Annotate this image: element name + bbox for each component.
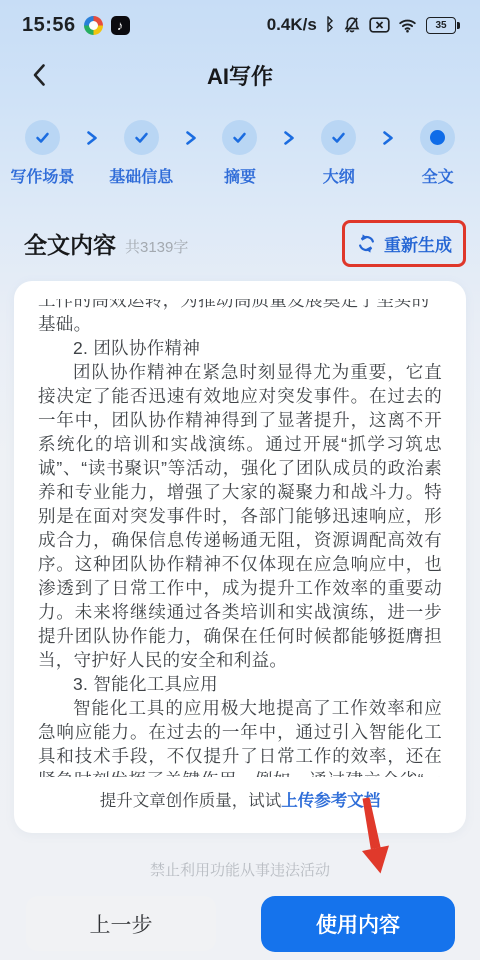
step-basic-info[interactable]: 基础信息 — [99, 120, 184, 187]
footer-actions: 上一步 使用内容 — [0, 896, 480, 952]
progress-stepper: 写作场景 基础信息 摘要 大纲 — [0, 120, 480, 208]
step-label: 全文 — [422, 164, 454, 187]
section-title: 全文内容 — [24, 227, 116, 260]
word-count: 共3139字 — [125, 231, 188, 257]
chevron-right-icon — [184, 131, 198, 145]
legal-disclaimer: 禁止利用功能从事违法活动 — [0, 859, 480, 880]
step-full-text[interactable]: 全文 — [395, 120, 480, 187]
header: AI写作 — [0, 46, 480, 104]
bell-muted-icon — [343, 16, 361, 34]
ai-writing-screen: 15:56 ♪ 0.4K/s ᛒ 3 — [0, 0, 480, 960]
pinwheel-app-icon — [84, 16, 103, 35]
step-done-icon — [25, 120, 60, 155]
full-text-card: 工作的高效运转，为推动高质量发展奠定了坚实的 基础。 2. 团队协作精神 团队协… — [14, 281, 466, 833]
page-title: AI写作 — [207, 60, 273, 91]
clipped-text-line: 工作的高效运转，为推动高质量发展奠定了坚实的 — [38, 299, 442, 312]
step-label: 基础信息 — [109, 164, 173, 187]
step-done-icon — [222, 120, 257, 155]
back-button[interactable] — [24, 60, 54, 90]
chevron-right-icon — [85, 131, 99, 145]
status-bar: 15:56 ♪ 0.4K/s ᛒ 3 — [0, 0, 480, 46]
music-note-icon: ♪ — [117, 19, 124, 32]
section-body: 智能化工具的应用极大地提高了工作效率和应急响应能力。在过去的一年中，通过引入智能… — [38, 696, 442, 777]
chevron-right-icon — [381, 131, 395, 145]
tiktok-app-icon: ♪ — [111, 16, 130, 35]
step-outline[interactable]: 大纲 — [296, 120, 381, 187]
previous-step-button[interactable]: 上一步 — [26, 896, 216, 951]
step-writing-scene[interactable]: 写作场景 — [0, 120, 85, 187]
bluetooth-icon: ᛒ — [325, 15, 335, 35]
section-heading: 2. 团队协作精神 — [38, 336, 442, 360]
sim-missing-icon — [369, 17, 390, 33]
upload-tip: 提升文章创作质量，试试上传参考文档 — [38, 777, 442, 817]
chevron-right-icon — [282, 131, 296, 145]
tip-text: 提升文章创作质量，试试 — [100, 792, 282, 810]
step-active-icon — [420, 120, 455, 155]
step-label: 大纲 — [323, 164, 355, 187]
step-abstract[interactable]: 摘要 — [198, 120, 283, 187]
step-label: 写作场景 — [10, 164, 74, 187]
battery-level: 35 — [435, 20, 446, 31]
refresh-icon — [356, 233, 377, 254]
clock: 15:56 — [22, 14, 76, 37]
wifi-icon — [398, 17, 418, 33]
use-content-button[interactable]: 使用内容 — [261, 896, 455, 952]
step-done-icon — [124, 120, 159, 155]
section-heading: 3. 智能化工具应用 — [38, 672, 442, 696]
step-done-icon — [321, 120, 356, 155]
section-body: 团队协作精神在紧急时刻显得尤为重要，它直接决定了能否迅速有效地应对突发事件。在过… — [38, 360, 442, 672]
paragraph-end: 基础。 — [38, 312, 442, 336]
battery-icon: 35 — [426, 17, 460, 34]
back-chevron-icon — [32, 63, 46, 87]
step-label: 摘要 — [224, 164, 256, 187]
regenerate-button[interactable]: 重新生成 — [342, 220, 466, 267]
upload-reference-link[interactable]: 上传参考文档 — [281, 792, 380, 810]
regenerate-label: 重新生成 — [384, 231, 452, 256]
network-speed: 0.4K/s — [267, 15, 317, 35]
generated-text-scroll-area[interactable]: 工作的高效运转，为推动高质量发展奠定了坚实的 基础。 2. 团队协作精神 团队协… — [38, 299, 442, 777]
section-header: 全文内容 共3139字 重新生成 — [0, 208, 480, 281]
